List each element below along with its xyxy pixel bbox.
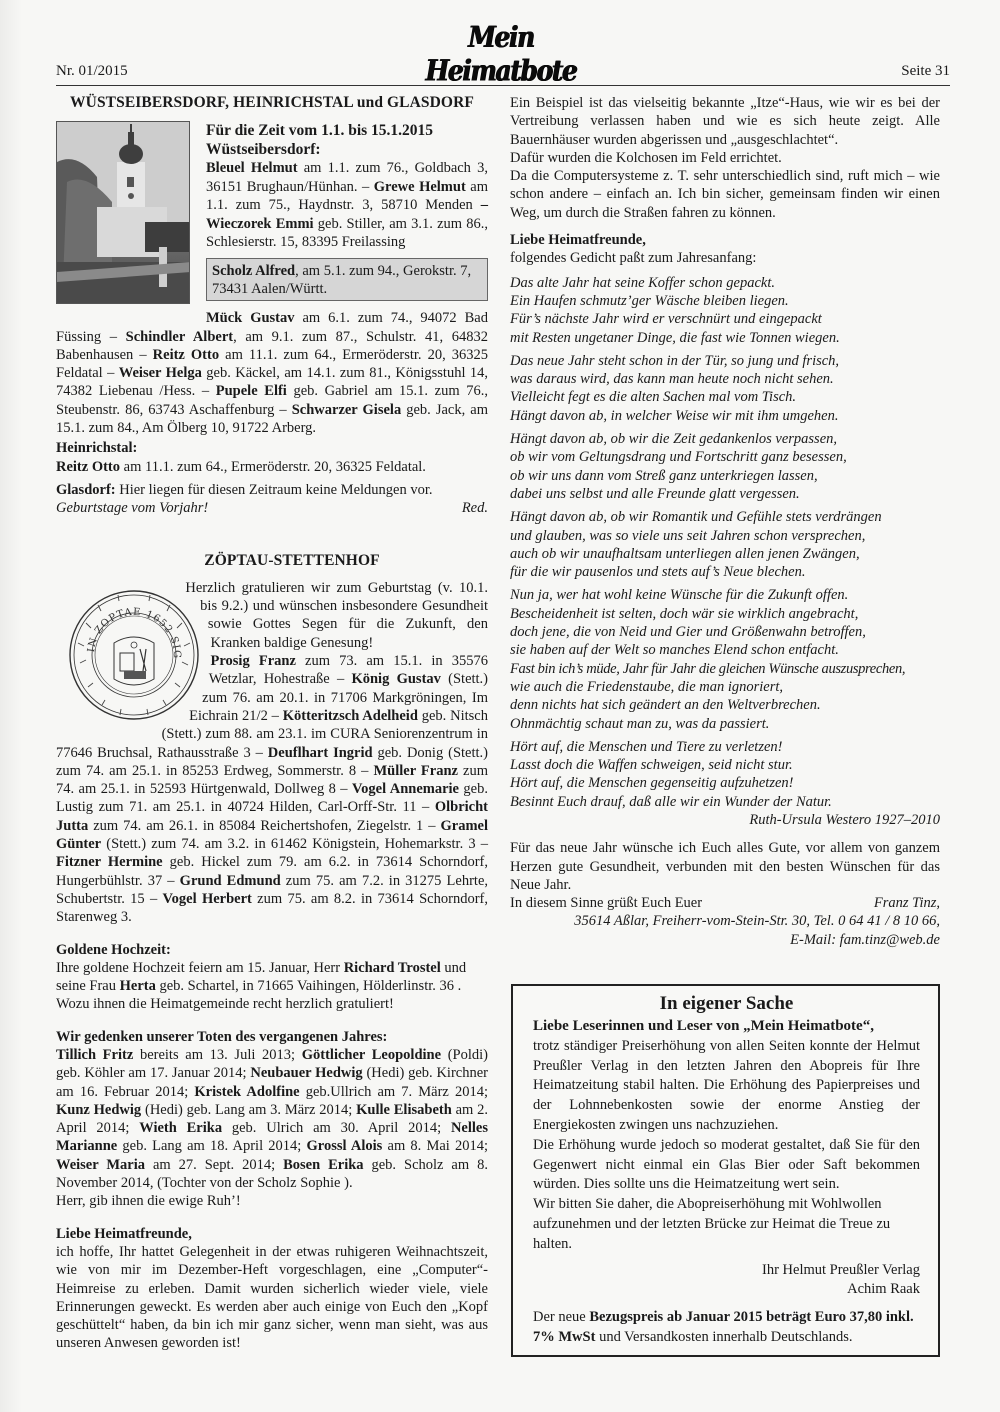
heinrichstal-entry: Reitz Otto am 11.1. zum 64., Ermeröderst…	[56, 458, 488, 476]
person-name: Mück Gustav	[206, 310, 295, 326]
person-name: Deuflhart Ingrid	[268, 745, 373, 761]
masthead-logo: Mein Heimatbote	[406, 21, 596, 88]
poem-stanza: Das neue Jahr steht schon in der Tür, so…	[510, 352, 940, 425]
person-name: Schindler Albert	[126, 329, 233, 345]
golden-wedding-heading: Goldene Hochzeit:	[56, 941, 488, 959]
person-name: Pupele Elfi	[216, 383, 287, 399]
poem-stanza: Nun ja, wer hat wohl keine Wünsche für d…	[510, 586, 940, 732]
right-column: Ein Beispiel ist das vielseitig bekannte…	[510, 94, 940, 949]
subheading-heinrichstal: Heinrichstal:	[56, 439, 488, 457]
golden-wedding-text: Ihre goldene Hochzeit feiern am 15. Janu…	[56, 959, 488, 996]
church-illustration-icon	[57, 122, 190, 304]
page-number: Seite 31	[901, 63, 950, 80]
person-name: Prosig Franz	[211, 653, 296, 669]
section-title-zoeptau: ZÖPTAU-STETTENHOF	[96, 552, 488, 570]
person-name: Kristek Adolfine	[194, 1084, 299, 1100]
greeting-line: In diesem Sinne grüßt Euch Euer Franz Ti…	[510, 894, 940, 912]
person-name: Kunz Hedwig	[56, 1102, 141, 1118]
section-title-wuestseibersdorf: WÜSTSEIBERSDORF, HEINRICHSTAL und GLASDO…	[56, 94, 488, 112]
memorial-heading: Wir gedenken unserer Toten des vergangen…	[56, 1028, 488, 1046]
editor-signature: Red.	[462, 499, 488, 517]
poem-stanza: Das alte Jahr hat seine Koffer schon gep…	[510, 274, 940, 347]
signer-address: 35614 Aßlar, Freiherr-vom-Stein-Str. 30,…	[510, 912, 940, 930]
subheading-wuestseibersdorf: Wüstseibersdorf:	[206, 140, 488, 159]
person-name: Richard Trostel	[344, 960, 441, 976]
intro-paragraph-2: Dafür wurden die Kolchosen im Feld erric…	[510, 149, 940, 167]
person-name: Göttlicher Leopoldine	[302, 1047, 441, 1063]
person-name: Bleuel Helmut	[206, 160, 298, 176]
poem: Das alte Jahr hat seine Koffer schon gep…	[510, 274, 940, 830]
letter-salutation: Liebe Heimatfreunde,	[56, 1225, 488, 1243]
signer-name: Franz Tinz,	[874, 894, 940, 912]
issue-number: Nr. 01/2015	[56, 63, 128, 80]
golden-wedding-section: Goldene Hochzeit: Ihre goldene Hochzeit …	[56, 941, 488, 1014]
person-name: Scholz Alfred	[212, 263, 295, 279]
church-photo	[56, 121, 190, 304]
glasdorf-note: Glasdorf: Hier liegen für diesen Zeitrau…	[56, 481, 488, 499]
person-name: Grund Edmund	[180, 873, 281, 889]
person-name: Vogel Herbert	[163, 891, 252, 907]
golden-wedding-closing: Wozu ihnen die Heimatgemeinde recht herz…	[56, 995, 488, 1013]
subscription-price: Der neue Bezugspreis ab Januar 2015 betr…	[533, 1308, 920, 1348]
poem-stanza: Hängt davon ab, ob wir die Zeit gedanken…	[510, 430, 940, 503]
notice-paragraph-3: Wir bitten Sie daher, die Abopreiserhöhu…	[533, 1195, 920, 1254]
person-name: Müller Franz	[373, 763, 458, 779]
newspaper-page: Nr. 01/2015 Mein Heimatbote Seite 31 WÜS…	[0, 0, 1000, 1412]
editor-note: Geburtstage vom Vorjahr! Red.	[56, 499, 488, 517]
left-column: WÜSTSEIBERSDORF, HEINRICHSTAL und GLASDO…	[56, 94, 488, 1353]
person-name: Grewe Helmut	[374, 179, 466, 195]
person-name: König Gustav	[351, 671, 440, 687]
intro-paragraph-1: Ein Beispiel ist das vielseitig bekannte…	[510, 94, 940, 149]
notice-salutation: Liebe Leserinnen und Leser von „Mein Hei…	[533, 1017, 920, 1037]
memorial-section: Wir gedenken unserer Toten des vergangen…	[56, 1028, 488, 1211]
signer-email: E-Mail: fam.tinz@web.de	[510, 931, 940, 949]
person-name: Herta	[120, 978, 156, 994]
town-seal-icon: IN ZOPTAE 1652 SIGEL DER GEMEIN	[68, 583, 202, 729]
person-name: Bosen Erika	[283, 1157, 363, 1173]
memorial-closing: Herr, gib ihnen die ewige Ruh’!	[56, 1192, 488, 1210]
person-name: Kulle Elisabeth	[356, 1102, 452, 1118]
notice-paragraph-1: trotz ständiger Preiserhöhung von allen …	[533, 1037, 920, 1136]
intro-paragraph-3: Da die Computersysteme z. T. sehr unters…	[510, 167, 940, 222]
page-header: Nr. 01/2015 Mein Heimatbote Seite 31	[56, 44, 950, 86]
seal-inscription: IN ZOPTAE 1652 SIGEL DER GEMEIN	[68, 583, 182, 659]
person-name: Tillich Fritz	[56, 1047, 133, 1063]
notice-signature-publisher: Ihr Helmut Preußler Verlag	[533, 1261, 920, 1281]
letter-section: Liebe Heimatfreunde, ich hoffe, Ihr hatt…	[56, 1225, 488, 1353]
person-name: Vogel Annemarie	[352, 781, 459, 797]
poem-intro: folgendes Gedicht paßt zum Jahresanfang:	[510, 249, 940, 267]
page-edge-shadow	[0, 0, 22, 1412]
poem-author: Ruth-Ursula Westero 1927–2010	[510, 811, 940, 829]
memorial-entries: Tillich Fritz bereits am 13. Juli 2013; …	[56, 1046, 488, 1192]
person-name: Grossl Alois	[307, 1138, 383, 1154]
notice-paragraph-2: Die Erhöhung wurde jedoch so moderat ges…	[533, 1136, 920, 1195]
person-name: Kötteritzsch Adelheid	[283, 708, 418, 724]
notice-box: In eigener Sache Liebe Leserinnen und Le…	[511, 984, 940, 1357]
zoeptau-birthday-block: IN ZOPTAE 1652 SIGEL DER GEMEIN Herzlich…	[56, 579, 488, 927]
person-name: Weiser Maria	[56, 1157, 145, 1173]
person-name: Schwarzer Gisela	[292, 402, 401, 418]
birthday-entries-continued: Mück Gustav am 6.1. zum 74., 94072 Bad F…	[56, 309, 488, 437]
new-year-wishes: Für das neue Jahr wünsche ich Euch alles…	[510, 839, 940, 894]
person-name: Weiser Helga	[119, 365, 202, 381]
notice-signature-name: Achim Raak	[533, 1280, 920, 1300]
person-name: Reitz Otto	[153, 347, 219, 363]
zoeptau-intro: Herzlich gratulieren wir zum Geburtstag …	[185, 580, 488, 651]
letter-body: ich hoffe, Ihr hattet Gelegenheit in der…	[56, 1243, 488, 1353]
poem-stanza: Hört auf, die Menschen und Tiere zu verl…	[510, 738, 940, 811]
poem-stanza: Hängt davon ab, ob wir Romantik und Gefü…	[510, 508, 940, 581]
notice-title: In eigener Sache	[533, 992, 920, 1016]
birthday-entries-top: Bleuel Helmut am 1.1. zum 76., Goldbach …	[206, 159, 488, 251]
person-name: Neubauer Hedwig	[250, 1065, 362, 1081]
poem-salutation: Liebe Heimatfreunde,	[510, 231, 940, 249]
person-name: Wieth Erika	[139, 1120, 222, 1136]
svg-text:IN ZOPTAE 1652 SIGEL DER GEMEI: IN ZOPTAE 1652 SIGEL DER GEMEIN	[68, 583, 182, 659]
glasdorf-label: Glasdorf:	[56, 482, 116, 498]
person-name: Fitzner Hermine	[56, 854, 163, 870]
period-heading: Für die Zeit vom 1.1. bis 15.1.2015	[206, 121, 488, 140]
person-name: Reitz Otto	[56, 459, 120, 475]
